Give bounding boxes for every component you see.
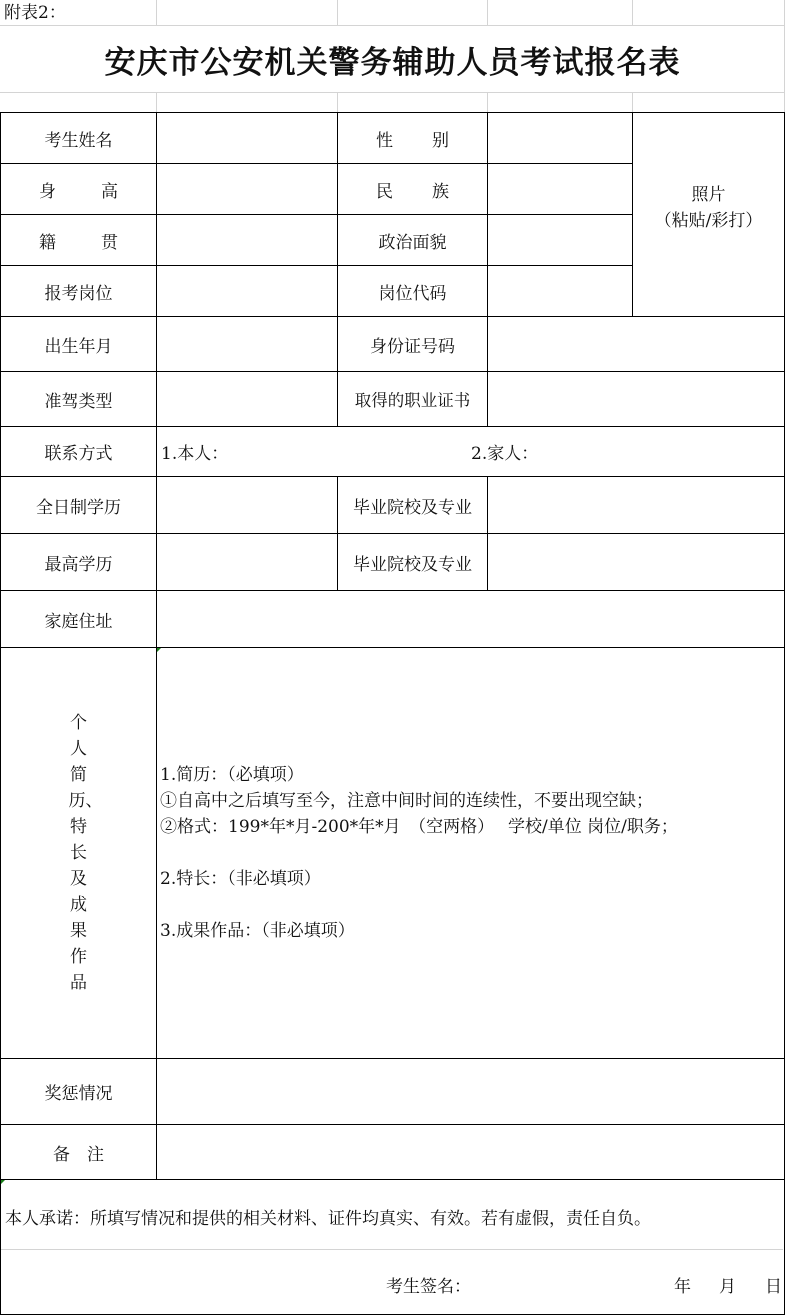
page-title: 安庆市公安机关警务辅助人员考试报名表 <box>0 26 785 92</box>
contact-label: 联系方式 <box>1 427 157 477</box>
gridline <box>1 1249 783 1250</box>
remarks-field[interactable] <box>157 1125 785 1180</box>
awards-label: 奖惩情况 <box>1 1059 157 1125</box>
political-status-field[interactable] <box>488 215 633 266</box>
remarks-label: 备 注 <box>1 1125 157 1180</box>
gridline <box>337 0 338 25</box>
gridline <box>487 92 488 112</box>
bio-line: ②格式：199*年*月-200*年*月 （空两格） 学校/单位 岗位/职务； <box>160 814 784 840</box>
bio-line: ①自高中之后填写至今，注意中间时间的连续性，不要出现空缺； <box>160 788 784 814</box>
name-label: 考生姓名 <box>1 113 157 164</box>
ethnicity-label: 民族 <box>338 164 488 215</box>
height-label: 身高 <box>1 164 157 215</box>
certificate-field[interactable] <box>488 372 785 427</box>
birth-label: 出生年月 <box>1 317 157 372</box>
gridline <box>487 0 488 25</box>
appendix-label: 附表2： <box>4 2 66 24</box>
awards-field[interactable] <box>157 1059 785 1125</box>
bio-field[interactable]: 1.简历：（必填项） ①自高中之后填写至今，注意中间时间的连续性，不要出现空缺；… <box>157 648 785 1059</box>
year-label: 年 <box>674 1272 691 1297</box>
day-label: 日 <box>765 1272 782 1297</box>
fulltime-education-field[interactable] <box>157 477 338 534</box>
bio-line: 1.简历：（必填项） <box>160 762 784 788</box>
height-field[interactable] <box>157 164 338 215</box>
highest-education-field[interactable] <box>157 534 338 591</box>
political-status-label: 政治面貌 <box>338 215 488 266</box>
license-type-label: 准驾类型 <box>1 372 157 427</box>
gender-label: 性别 <box>338 113 488 164</box>
address-field[interactable] <box>157 591 785 648</box>
contact-self-label: 1.本人： <box>161 439 471 464</box>
photo-box[interactable]: 照片 （粘贴/彩打） <box>633 113 785 317</box>
bio-line: 3.成果作品：（非必填项） <box>160 918 784 944</box>
id-number-field[interactable] <box>488 317 785 372</box>
bio-label: 个人简历、特长及成果作品 <box>1 648 157 1059</box>
gridline <box>632 92 633 112</box>
gridline <box>337 92 338 112</box>
bio-line: 2.特长：（非必填项） <box>160 866 784 892</box>
promise-text: 本人承诺：所填写情况和提供的相关材料、证件均真实、有效。若有虚假，责任自负。 <box>5 1204 651 1229</box>
ethnicity-field[interactable] <box>488 164 633 215</box>
hometown-field[interactable] <box>157 215 338 266</box>
gridline <box>632 0 633 25</box>
school-major-label: 毕业院校及专业 <box>338 477 488 534</box>
certificate-label: 取得的职业证书 <box>338 372 488 427</box>
gridline <box>156 0 157 25</box>
position-label: 报考岗位 <box>1 266 157 317</box>
contact-family-label: 2.家人： <box>471 444 538 464</box>
school-major-label: 毕业院校及专业 <box>338 534 488 591</box>
contact-field[interactable]: 1.本人：2.家人： <box>157 427 785 477</box>
signature-label[interactable]: 考生签名： <box>386 1272 471 1297</box>
birth-field[interactable] <box>157 317 338 372</box>
fulltime-school-major-field[interactable] <box>488 477 785 534</box>
highest-education-label: 最高学历 <box>1 534 157 591</box>
position-field[interactable] <box>157 266 338 317</box>
bio-line <box>160 840 784 866</box>
id-number-label: 身份证号码 <box>338 317 488 372</box>
cell-comment-marker <box>157 648 161 652</box>
registration-form: 考生姓名 性别 照片 （粘贴/彩打） 身高 民族 籍贯 政治面貌 报考岗位 岗位… <box>0 112 785 1180</box>
hometown-label: 籍贯 <box>1 215 157 266</box>
address-label: 家庭住址 <box>1 591 157 648</box>
highest-school-major-field[interactable] <box>488 534 785 591</box>
photo-hint: （粘贴/彩打） <box>633 208 784 234</box>
position-code-field[interactable] <box>488 266 633 317</box>
gridline <box>156 92 157 112</box>
license-type-field[interactable] <box>157 372 338 427</box>
photo-label: 照片 <box>633 182 784 208</box>
month-label: 月 <box>719 1272 736 1297</box>
bio-line <box>160 892 784 918</box>
fulltime-education-label: 全日制学历 <box>1 477 157 534</box>
gender-field[interactable] <box>488 113 633 164</box>
position-code-label: 岗位代码 <box>338 266 488 317</box>
gridline <box>0 92 785 93</box>
name-field[interactable] <box>157 113 338 164</box>
